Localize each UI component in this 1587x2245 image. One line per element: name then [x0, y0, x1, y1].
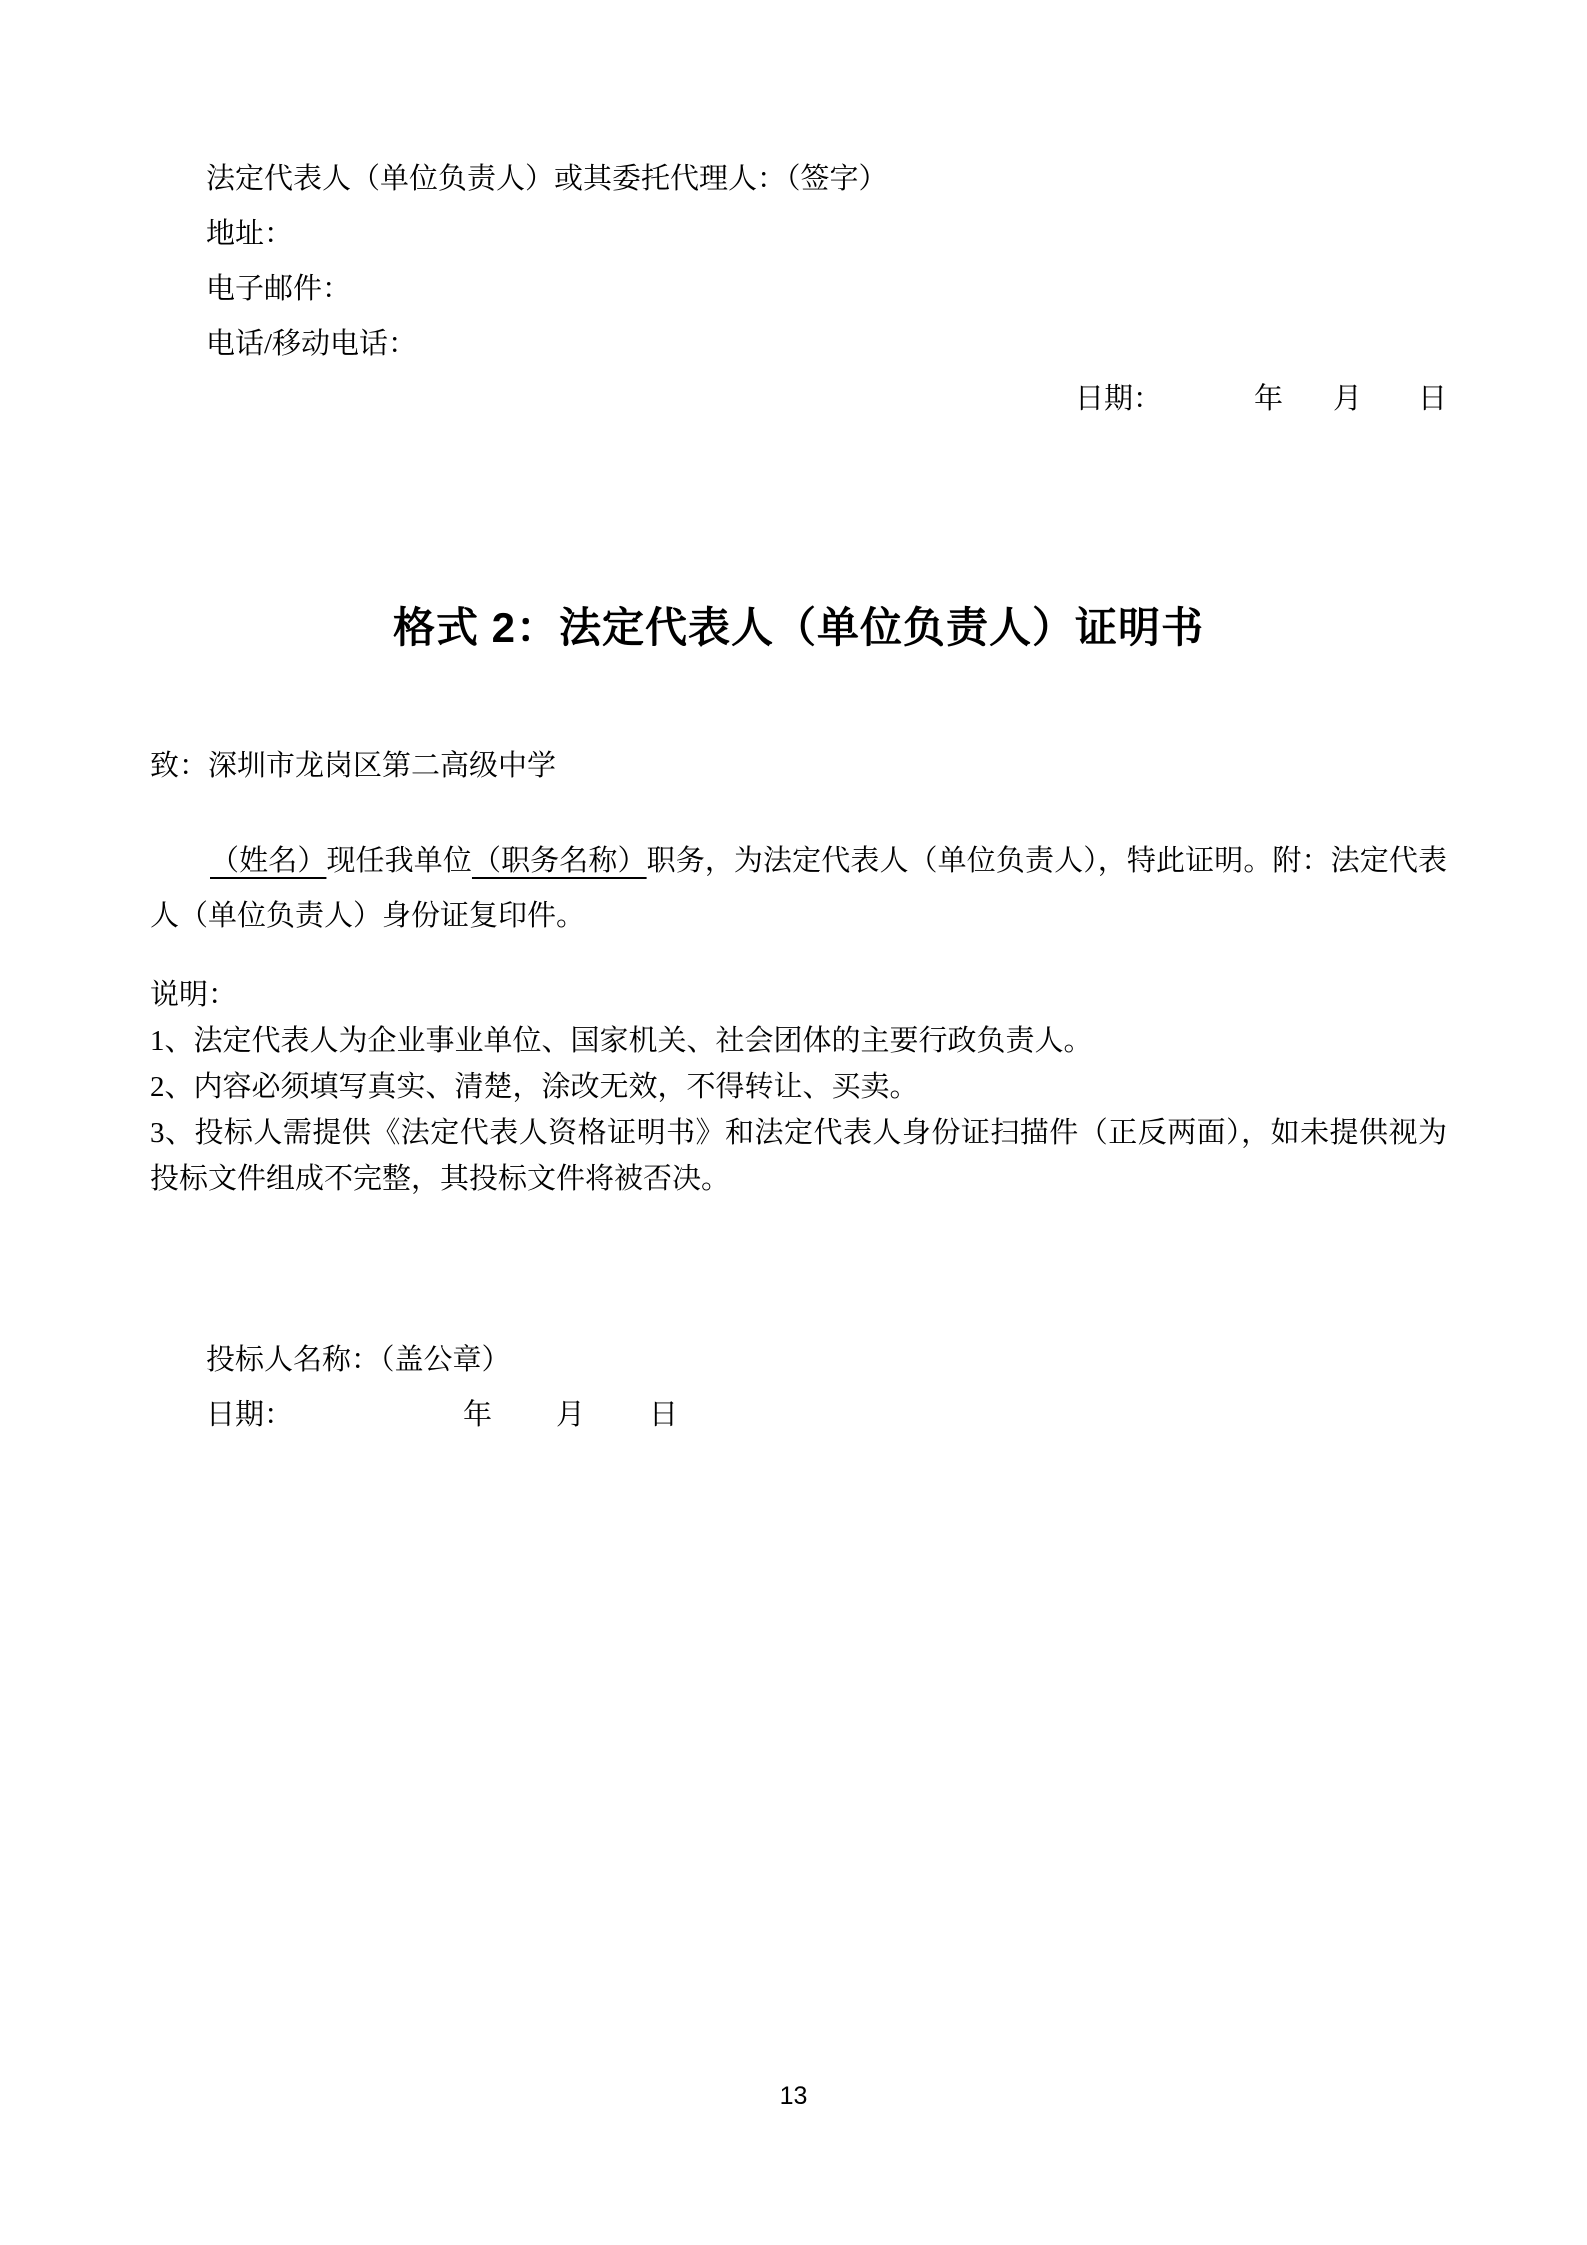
- form2-title: 格式 2：法定代表人（单位负责人）证明书: [150, 597, 1447, 659]
- signature-block: 法定代表人（单位负责人）或其委托代理人：（签字） 地址： 电子邮件： 电话/移动…: [150, 152, 1447, 372]
- document-page: 法定代表人（单位负责人）或其委托代理人：（签字） 地址： 电子邮件： 电话/移动…: [0, 0, 1587, 2245]
- bidder-block: 投标人名称：（盖公章） 日期：年月日: [150, 1333, 1447, 1443]
- notes-title: 说明：: [150, 972, 1447, 1018]
- day-label: 日: [1418, 372, 1447, 427]
- legal-rep-signature-line: 法定代表人（单位负责人）或其委托代理人：（签字）: [206, 152, 1447, 207]
- phone-line: 电话/移动电话：: [206, 317, 1447, 372]
- year-label: 年: [1254, 372, 1283, 427]
- bidder-name-line: 投标人名称：（盖公章）: [206, 1333, 1447, 1388]
- bidder-date-line: 日期：年月日: [206, 1388, 1447, 1443]
- page-number: 13: [0, 2082, 1587, 2111]
- date-label: 日期：: [206, 1399, 293, 1431]
- month-label: 月: [556, 1388, 585, 1443]
- email-line: 电子邮件：: [206, 262, 1447, 317]
- note-item-2: 2、内容必须填写真实、清楚，涂改无效，不得转让、买卖。: [150, 1064, 1447, 1110]
- year-label: 年: [463, 1388, 492, 1443]
- certificate-body: （姓名）现任我单位（职务名称）职务，为法定代表人（单位负责人），特此证明。附：法…: [150, 834, 1447, 944]
- body-text-1: 现任我单位: [326, 845, 472, 877]
- notes-section: 说明： 1、法定代表人为企业事业单位、国家机关、社会团体的主要行政负责人。 2、…: [150, 972, 1447, 1202]
- signature-date-line: 日期：年月日: [150, 372, 1447, 427]
- note-item-3: 3、投标人需提供《法定代表人资格证明书》和法定代表人身份证扫描件（正反两面），如…: [150, 1110, 1447, 1202]
- name-blank: （姓名）: [210, 845, 326, 877]
- position-blank: （职务名称）: [472, 845, 647, 877]
- addressee-line: 致：深圳市龙岗区第二高级中学: [150, 739, 1447, 794]
- date-label: 日期：: [1075, 383, 1162, 415]
- month-label: 月: [1333, 372, 1362, 427]
- note-item-1: 1、法定代表人为企业事业单位、国家机关、社会团体的主要行政负责人。: [150, 1018, 1447, 1064]
- day-label: 日: [649, 1388, 678, 1443]
- address-line: 地址：: [206, 207, 1447, 262]
